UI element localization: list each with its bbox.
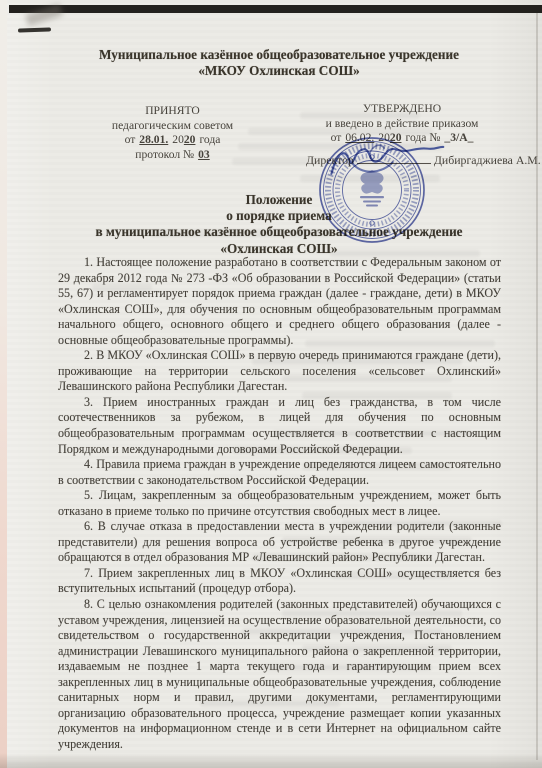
body-paragraph: 7. Прием закрепленных лиц в МКОУ «Охлинс… [58, 566, 501, 597]
body-paragraph: 4. Правила приема граждан в учреждение о… [58, 457, 501, 488]
accepted-date-prefix: от [125, 133, 136, 146]
accepted-title: ПРИНЯТО [70, 104, 275, 119]
body-paragraph: 1. Настоящее положение разработано в соо… [58, 255, 501, 348]
org-name-line2: «МКОУ Охлинская СОШ» [58, 63, 500, 79]
document-body: 1. Настоящее положение разработано в соо… [58, 255, 501, 753]
body-paragraph: 8. С целью ознакомления родителей (закон… [58, 597, 501, 752]
page-left-edge [0, 0, 7, 768]
director-name: Дибиргаджиева А.М. [434, 153, 541, 167]
document-title: Положение о порядке приема в муниципальн… [58, 192, 500, 257]
approved-title: УТВЕРЖДЕНО [295, 102, 509, 117]
accepted-year-start: 20 [172, 133, 184, 146]
body-paragraph: 2. В МКОУ «Охлинская СОШ» в первую очере… [58, 348, 501, 395]
accepted-subtitle: педагогическим советом [70, 119, 275, 134]
accepted-year-end: 20 [184, 133, 196, 146]
body-paragraph: 3. Прием иностранных граждан и лиц без г… [58, 395, 501, 457]
page-bottom-shadow [0, 753, 542, 768]
approved-subtitle: и введено в действие приказом [295, 117, 509, 132]
page-right-edge [536, 12, 538, 760]
body-paragraph: 5. Лицам, закрепленным за общеобразовате… [58, 488, 501, 519]
accepted-block: ПРИНЯТО педагогическим советом от28.01.2… [70, 104, 275, 162]
approved-order-number: _3/А_ [444, 131, 473, 144]
org-name-line1: Муниципальное казённое общеобразовательн… [58, 47, 500, 63]
pen-dash-mark [18, 27, 51, 32]
accepted-date-day: 28.01. [139, 133, 168, 146]
protocol-number: 03 [198, 148, 210, 161]
accepted-date-suffix: года [199, 133, 220, 146]
body-paragraph: 6. В случае отказа в предоставлении мест… [58, 519, 501, 566]
accepted-date-line: от28.01.2020года [70, 133, 275, 148]
org-header: Муниципальное казённое общеобразовательн… [58, 47, 500, 79]
protocol-label: протокол № [135, 148, 194, 161]
title-line1: Положение [58, 192, 500, 208]
scan-edge-bar [9, 5, 542, 13]
accepted-year: 2020 [172, 133, 195, 146]
scanned-document-page: Муниципальное казённое общеобразовательн… [0, 0, 542, 768]
accepted-protocol-line: протокол №03 [70, 148, 275, 163]
title-line2: о порядке приема [58, 208, 500, 224]
title-line3: в муниципальное казённое общеобразовател… [58, 224, 500, 240]
